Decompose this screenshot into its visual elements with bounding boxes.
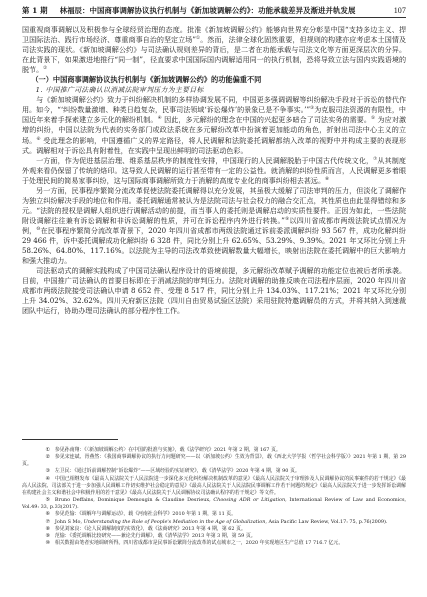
- paragraph: 与《新加坡调解公约》致力于纠纷解决机制的多样协调发展不同，中国更多强调调解等纠纷…: [22, 95, 406, 155]
- footnotes: ①参见孙南翔：《〈新加坡调解公约〉在中国的批准与实施》，载《法学研究》2021 …: [22, 447, 406, 547]
- footnote: ⑧参见刘家良：《论人民调解制度的实效化》，载《法商研究》2013 年第 4 期，…: [22, 526, 406, 533]
- subsection-heading: 1. 中国推广司法确认以消减法院审判压力为主要目标: [22, 85, 406, 95]
- section-heading: （一）中国商事调解协议执行机制与《新加坡调解公约》的功能偏重不同: [22, 75, 406, 85]
- footnote: ③左卫民：《通过诉前调解控制“诉讼爆炸”——区域经验的实证研究》，载《清华法学》…: [22, 468, 406, 475]
- paragraph: 另一方面，民事程序繁简分流改革促使法院委托调解得以充分发展，其虽极大缓解了司法审…: [22, 186, 406, 266]
- footnote-ref[interactable]: ⑧: [325, 177, 329, 182]
- footnote: ⑤Bruno Deffains, Dominique Demougin & Cl…: [22, 497, 406, 511]
- header-rule: [22, 17, 406, 18]
- paragraph: 一方面，作为促进基层治理、维系基层秩序的制度性安排，中国现行的人民调解脱胎于中国…: [22, 156, 406, 186]
- footnote: ⑩相关数据由笔者实地调研所得。四川省成都市是民事诉讼繁简分流改革的试点城市之一，…: [22, 540, 406, 547]
- article-body: 国重视商事调解以及积极参与全球经贸治理的态度。批准《新加坡调解公约》能够向世界充…: [22, 25, 406, 316]
- running-head: 第 1 期 林福辰：中国商事调解协议执行机制与《新加坡调解公约》：功能承载差异及…: [22, 3, 406, 17]
- footnote: ④中国已相继发布《最高人民法院关于人民法院进一步深化多元化纠纷解决机制改革的意见…: [22, 476, 406, 497]
- footnote-ref[interactable]: ②: [43, 66, 47, 71]
- page-number: 107: [394, 6, 406, 15]
- paragraph: 司法驱动式的调解实践构成了中国司法确认程序设计的语境前提，多元解纷改革赋予调解的…: [22, 266, 406, 316]
- footnote: ⑥参见范愉：《调解年与调解运动》，载《河南社会科学》2010 年第 1 期，第 …: [22, 511, 406, 518]
- issue-number: 第 1 期: [22, 5, 48, 16]
- footnote: ⑦John S Mo, Understanding the Role of Pe…: [22, 519, 406, 526]
- paragraph: 国重视商事调解以及积极参与全球经贸治理的态度。批准《新加坡调解公约》能够向世界充…: [22, 25, 406, 75]
- footnote: ②参见宋连斌、胥燕然：《我国商事调解协议的执行力问题研究——以〈新加坡公约〉生效…: [22, 454, 406, 468]
- footnote-rule: [22, 439, 118, 440]
- footnote: ⑨范愉：《委托调解比较研究——兼论先行调解》，载《清华法学》2013 年第 3 …: [22, 533, 406, 540]
- running-title: 林福辰：中国商事调解协议执行机制与《新加坡调解公约》：功能承载差异及渐进并轨发展: [60, 5, 394, 16]
